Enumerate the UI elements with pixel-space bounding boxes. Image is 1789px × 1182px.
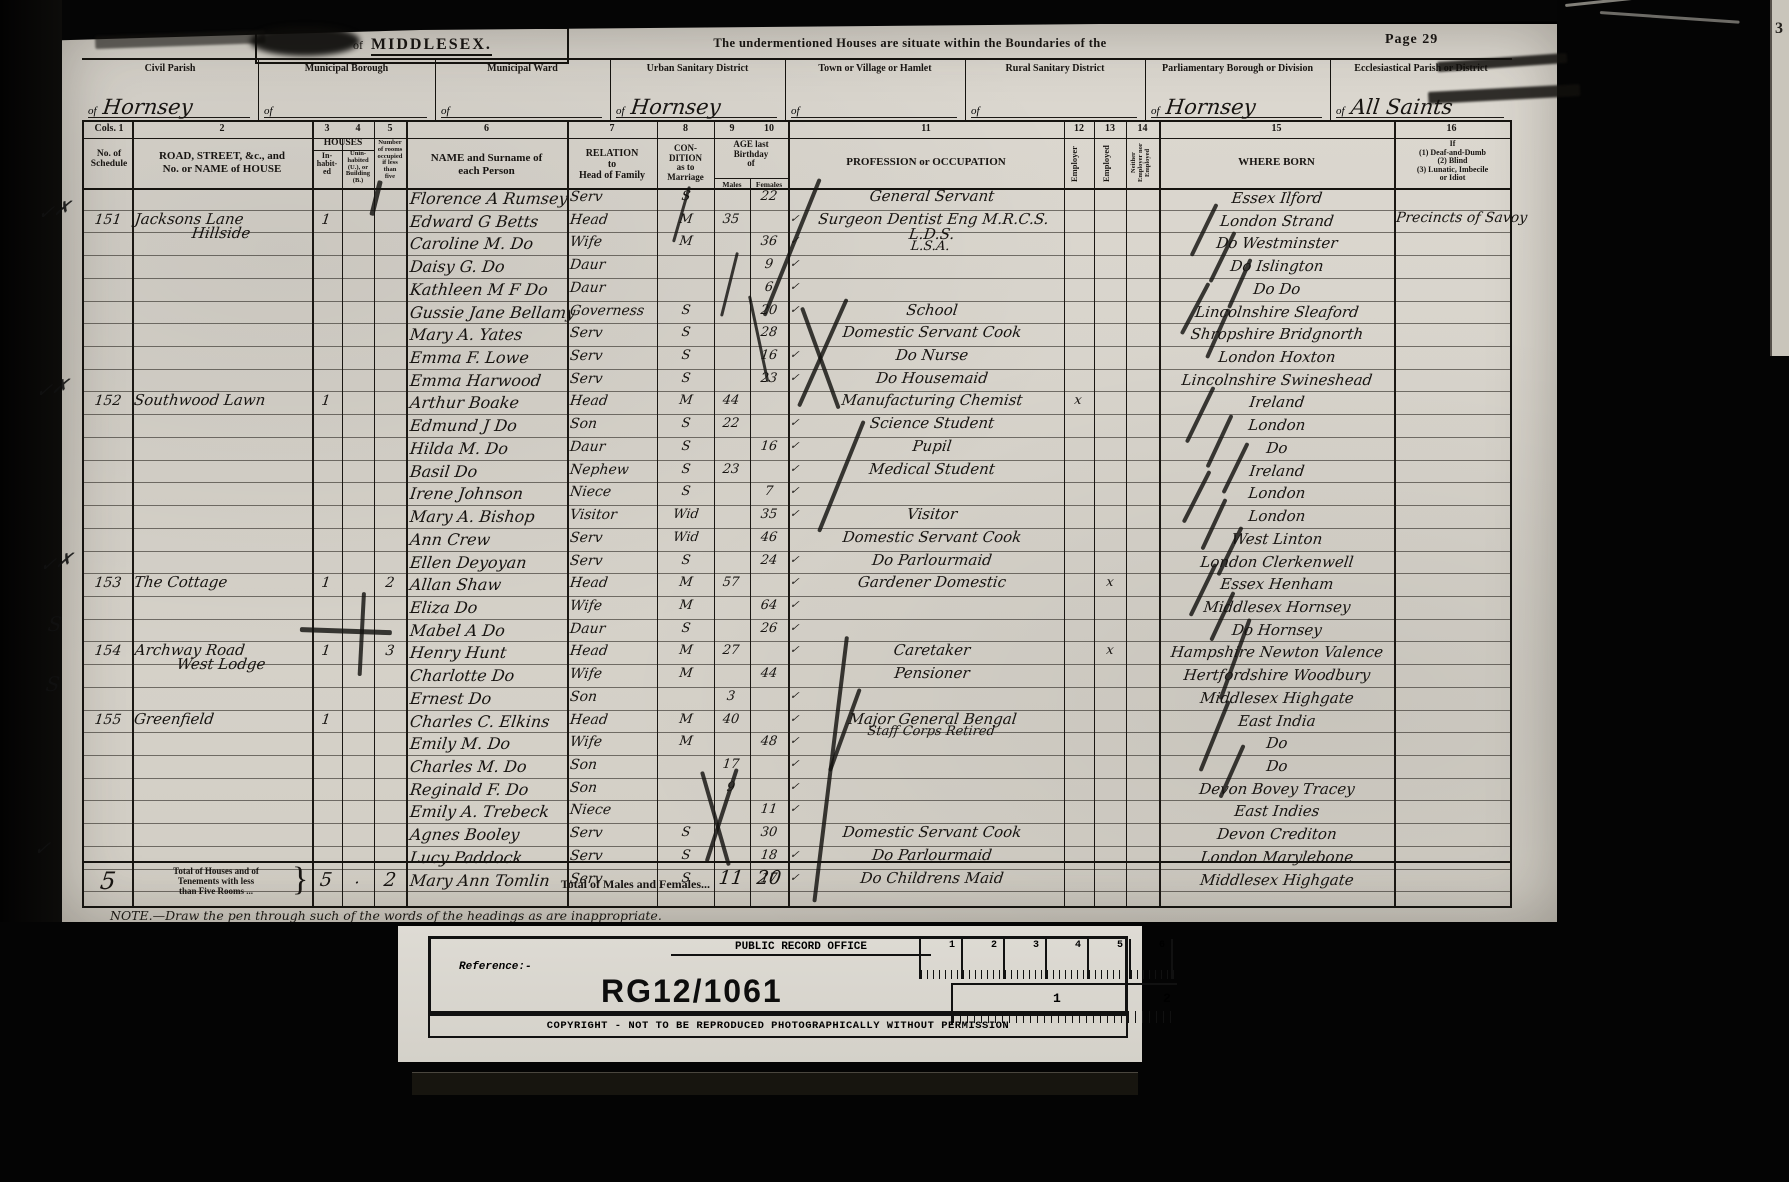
birthplace: Middlesex Hornsey <box>1161 598 1393 616</box>
birthplace: London <box>1161 416 1393 434</box>
marital-condition: S <box>659 825 713 840</box>
person-name: Emma F. Lowe <box>409 348 569 367</box>
address-cell: Southwood Lawn <box>133 393 311 408</box>
relation-to-head: Son <box>569 780 656 796</box>
check-tick: ✓ <box>789 257 807 270</box>
check-tick: ✓ <box>789 234 807 247</box>
person-name: Eliza Do <box>409 598 569 617</box>
table-row: Ernest Do Son 3 ✓ Middlesex Highgate <box>84 688 1510 711</box>
district-town-village: Town or Village or Hamlet of <box>785 60 966 122</box>
marital-condition: S <box>659 621 713 636</box>
birthplace: Hertfordshire Woodbury <box>1161 666 1393 684</box>
table-row: Eliza Do Wife M 64 ✓ Middlesex Hornsey <box>84 597 1510 620</box>
relation-to-head: Serv <box>569 553 656 569</box>
age-female: 22 <box>751 189 787 204</box>
relation-to-head: Head <box>569 575 656 591</box>
header-condition: CON- DITION as to Marriage <box>657 144 714 182</box>
header-employed: Employed <box>1102 142 1120 186</box>
person-name: Charles C. Elkins <box>409 712 569 731</box>
occupation-cell: Domestic Servant Cook <box>805 530 1059 545</box>
marital-condition: S <box>659 439 713 454</box>
relation-to-head: Wife <box>569 598 656 614</box>
relation-to-head: Niece <box>569 802 656 818</box>
birthplace: Do <box>1161 439 1393 457</box>
header-profession: PROFESSION or OCCUPATION <box>788 158 1064 168</box>
person-name: Agnes Booley <box>409 825 569 844</box>
table-row: Hilda M. Do Daur S 16 ✓ Pupil Do <box>84 438 1510 461</box>
check-tick: ✓ <box>789 848 807 861</box>
table-row: Caroline M. Do Wife M 36 ✓ Do Westminste… <box>84 233 1510 256</box>
header-employer: Employer <box>1070 142 1088 186</box>
inhabited-mark: 1 <box>311 393 341 409</box>
header-neither: Neither Employer nor Employed <box>1130 140 1156 186</box>
age-male: 17 <box>713 757 749 772</box>
brace-glyph: } <box>292 861 308 899</box>
pro-reference-label: Reference:- <box>459 961 532 973</box>
birthplace: Essex Henham <box>1161 575 1393 593</box>
marital-condition: S <box>659 303 713 318</box>
age-male: 35 <box>713 212 749 227</box>
relation-to-head: Son <box>569 757 656 773</box>
age-female: 46 <box>751 530 787 545</box>
marital-condition: S <box>659 462 713 477</box>
ecclesiastical-value: All Saints <box>1349 97 1453 117</box>
table-rows: Florence A Rumsey Serv S 22 General Serv… <box>84 188 1510 892</box>
employed-mark: x <box>1095 643 1125 658</box>
total-inhabited: 5 <box>311 869 342 891</box>
table-row: 151 Jacksons LaneHillside 1 Edward G Bet… <box>84 211 1510 234</box>
check-tick: ✓ <box>789 780 807 793</box>
birthplace: Shropshire Bridgnorth <box>1161 325 1393 343</box>
employed-mark: x <box>1095 575 1125 590</box>
relation-to-head: Head <box>569 212 656 228</box>
age-male: 9 <box>713 780 749 795</box>
adjacent-page-sliver: 3 <box>1770 0 1789 356</box>
check-tick: ✓ <box>789 712 807 725</box>
age-male: 3 <box>713 689 749 704</box>
birthplace: Hampshire Newton Valence <box>1161 643 1393 661</box>
table-row: Daisy G. Do Daur 9 ✓ Do Islington <box>84 256 1510 279</box>
age-female: 64 <box>751 598 787 613</box>
occupation-cell: Gardener Domestic <box>805 575 1059 590</box>
occupation-cell: Manufacturing Chemist <box>805 393 1059 408</box>
ruler-scale-cm: 1 2 3 4 5 6 <box>919 939 1177 979</box>
person-name: Kathleen M F Do <box>409 280 569 299</box>
marital-condition: M <box>659 234 713 249</box>
check-tick: ✓ <box>789 212 807 225</box>
next-page-edge <box>412 1072 1138 1095</box>
header-name: NAME and Surname of each Person <box>406 152 567 178</box>
county-prefix: of <box>353 38 363 53</box>
marital-condition: S <box>659 189 713 204</box>
check-tick: ✓ <box>789 416 807 429</box>
district-municipal-ward: Municipal Ward of <box>435 60 611 122</box>
occupation-cell: Domestic Servant Cook <box>805 325 1059 340</box>
table-row: Emily A. Trebeck Niece 11 ✓ East Indies <box>84 801 1510 824</box>
parliamentary-value: Hornsey <box>1164 97 1256 117</box>
occupation-cell: Pupil <box>805 439 1059 454</box>
birthplace: London Strand <box>1161 212 1393 230</box>
header-road: ROAD, STREET, &c., and No. or NAME of HO… <box>132 150 312 176</box>
age-male: 40 <box>713 712 749 727</box>
boundary-statement: The undermentioned Houses are situate wi… <box>600 36 1220 51</box>
table-row: Charles M. Do Son 17 ✓ Do <box>84 756 1510 779</box>
pro-office-title: PUBLIC RECORD OFFICE <box>671 941 931 956</box>
rooms-count: 2 <box>375 575 405 591</box>
age-female: 44 <box>751 666 787 681</box>
person-name: Edward G Betts <box>409 212 569 231</box>
marital-condition: M <box>659 393 713 408</box>
age-male: 27 <box>713 643 749 658</box>
person-name: Henry Hunt <box>409 643 569 662</box>
age-female: 26 <box>751 621 787 636</box>
marital-condition: S <box>659 371 713 386</box>
birthplace: West Linton <box>1161 530 1393 548</box>
employer-mark: x <box>1063 393 1093 408</box>
table-row: Florence A Rumsey Serv S 22 General Serv… <box>84 188 1510 211</box>
total-males-females-label: Total of Males and Females... <box>414 877 710 892</box>
marital-condition: S <box>659 416 713 431</box>
rooms-count: 3 <box>375 643 405 659</box>
age-female: 23 <box>751 371 787 386</box>
age-female: 6 <box>751 280 787 295</box>
birthplace: Ireland <box>1161 462 1393 480</box>
pro-copyright-line: COPYRIGHT - NOT TO BE REPRODUCED PHOTOGR… <box>428 1014 1128 1038</box>
table-row: Irene Johnson Niece S 7 ✓ London <box>84 483 1510 506</box>
relation-to-head: Daur <box>569 257 656 273</box>
age-female: 30 <box>751 825 787 840</box>
infirmity-note: Precincts of Savoy <box>1395 212 1567 225</box>
age-female: 24 <box>751 553 787 568</box>
header-infirmities: If (1) Deaf-and-Dumb (2) Blind (3) Lunat… <box>1396 140 1509 183</box>
age-male: 22 <box>713 416 749 431</box>
check-tick: ✓ <box>789 802 807 815</box>
age-male: 23 <box>713 462 749 477</box>
address-cell: The Cottage <box>133 575 311 590</box>
marital-condition: M <box>659 734 713 749</box>
marital-condition: M <box>659 712 713 727</box>
total-males: 11 <box>713 867 750 889</box>
total-rooms: 2 <box>375 869 406 891</box>
check-tick: ✓ <box>789 575 807 588</box>
birthplace: Do Islington <box>1161 257 1393 275</box>
column-headers-row: No. of Schedule ROAD, STREET, &c., and N… <box>84 138 1510 190</box>
header-where-born: WHERE BORN <box>1159 158 1394 168</box>
relation-to-head: Serv <box>569 348 656 364</box>
inhabited-mark: 1 <box>311 575 341 591</box>
district-parliamentary: Parliamentary Borough or Division ofHorn… <box>1145 60 1331 122</box>
address-cell: Greenfield <box>133 712 311 727</box>
check-tick: ✓ <box>789 507 807 520</box>
birthplace: Lincolnshire Sleaford <box>1161 303 1393 321</box>
check-tick: ✓ <box>789 598 807 611</box>
check-tick: ✓ <box>789 280 807 293</box>
birthplace: East India <box>1161 712 1393 730</box>
marital-condition: M <box>659 666 713 681</box>
table-row: Gussie Jane Bellamy Governess S 20 ✓ Sch… <box>84 302 1510 325</box>
person-name: Emily A. Trebeck <box>409 802 569 821</box>
relation-to-head: Niece <box>569 484 656 500</box>
birthplace: Do Hornsey <box>1161 621 1393 639</box>
birthplace: London Hoxton <box>1161 348 1393 366</box>
occupation-cell: School <box>805 303 1059 318</box>
header-rooms: Number of rooms occupied if less than fi… <box>374 140 406 181</box>
age-female: 28 <box>751 325 787 340</box>
civil-parish-value: Hornsey <box>101 97 193 117</box>
check-tick: ✓ <box>789 484 807 497</box>
birthplace: Devon Crediton <box>1161 825 1393 843</box>
schedule-number: 151 <box>85 212 131 228</box>
occupation-cell: Visitor <box>805 507 1059 522</box>
table-row: Ellen Deyoyan Serv S 24 ✓ Do Parlourmaid… <box>84 552 1510 575</box>
table-row: Basil Do Nephew S 23 ✓ Medical Student I… <box>84 461 1510 484</box>
birthplace: Do <box>1161 734 1393 752</box>
marital-condition: M <box>659 212 713 227</box>
check-tick: ✓ <box>789 439 807 452</box>
inhabited-mark: 1 <box>311 212 341 228</box>
birthplace: Do <box>1161 757 1393 775</box>
census-table: Cols. 1 2 3 4 5 6 7 8 9 10 11 12 13 14 1… <box>82 120 1512 908</box>
person-name: Mabel A Do <box>409 621 569 640</box>
scan-right-edge <box>1557 0 1789 1182</box>
county-name: MIDDLESEX. <box>371 36 492 56</box>
schedule-number: 153 <box>85 575 131 591</box>
schedule-number: 152 <box>85 393 131 409</box>
person-name: Florence A Rumsey <box>409 189 569 208</box>
age-female: 7 <box>751 484 787 499</box>
relation-to-head: Son <box>569 416 656 432</box>
occupation-cell: Caretaker <box>805 643 1059 658</box>
person-name: Ernest Do <box>409 689 569 708</box>
table-row: Emma F. Lowe Serv S 16 ✓ Do Nurse London… <box>84 347 1510 370</box>
census-scan-page: { "scan": { "county_prefix": "of", "coun… <box>0 0 1789 1182</box>
birthplace: Lincolnshire Swineshead <box>1161 371 1393 389</box>
person-name: Arthur Boake <box>409 393 569 412</box>
marital-condition: M <box>659 575 713 590</box>
marital-condition: Wid <box>659 507 713 522</box>
footer-note: NOTE.—Draw the pen through such of the w… <box>110 908 662 923</box>
person-name: Gussie Jane Bellamy <box>409 303 569 322</box>
marital-condition: S <box>659 325 713 340</box>
urban-sanitary-value: Hornsey <box>629 97 721 117</box>
occupation-cell: General Servant <box>805 189 1059 204</box>
occupation-cell: Do Nurse <box>805 348 1059 363</box>
birthplace: London <box>1161 484 1393 502</box>
header-schedule: No. of Schedule <box>86 150 132 169</box>
relation-to-head: Serv <box>569 825 656 841</box>
district-urban-sanitary: Urban Sanitary District ofHornsey <box>610 60 786 122</box>
age-female: 20 <box>751 303 787 318</box>
person-name: Emily M. Do <box>409 734 569 753</box>
table-row: 155 Greenfield 1 Charles C. Elkins Head … <box>84 711 1510 734</box>
birthplace: London Clerkenwell <box>1161 553 1393 571</box>
header-relation: RELATION to Head of Family <box>567 148 657 181</box>
relation-to-head: Nephew <box>569 462 656 478</box>
relation-to-head: Serv <box>569 530 656 546</box>
marital-condition: S <box>659 553 713 568</box>
table-row: Mary A. Yates Serv S 28 Domestic Servant… <box>84 324 1510 347</box>
table-row: 152 Southwood Lawn 1 Arthur Boake Head M… <box>84 392 1510 415</box>
total-uninhabited: · <box>341 873 373 892</box>
birthplace: East Indies <box>1161 802 1393 820</box>
birthplace: Essex Ilford <box>1161 189 1393 207</box>
district-civil-parish: Civil Parish ofHornsey <box>82 60 259 122</box>
person-name: Allan Shaw <box>409 575 569 594</box>
birthplace: Do Westminster <box>1161 234 1393 252</box>
marital-condition: S <box>659 348 713 363</box>
person-name: Ann Crew <box>409 530 569 549</box>
table-row: Ann Crew Serv Wid 46 Domestic Servant Co… <box>84 529 1510 552</box>
check-tick: ✓ <box>789 757 807 770</box>
person-name: Caroline M. Do <box>409 234 569 253</box>
pro-reference-box: PUBLIC RECORD OFFICE Reference:- RG12/10… <box>428 936 1128 1014</box>
inhabited-mark: 1 <box>311 643 341 659</box>
pro-reference-number: RG12/1061 <box>601 973 783 1010</box>
person-name: Irene Johnson <box>409 484 569 503</box>
person-name: Mary A. Yates <box>409 325 569 344</box>
person-name: Hilda M. Do <box>409 439 569 458</box>
age-female: 48 <box>751 734 787 749</box>
age-female: 35 <box>751 507 787 522</box>
totals-row: 5 Total of Houses and of Tenements with … <box>84 861 1510 909</box>
age-female: 16 <box>751 348 787 363</box>
relation-to-head: Governess <box>569 303 656 319</box>
total-houses-label: Total of Houses and of Tenements with le… <box>136 866 296 896</box>
check-tick: ✓ <box>789 621 807 634</box>
page-number: Page 29 <box>1385 32 1438 48</box>
occupation-cell: Science Student <box>805 416 1059 431</box>
relation-to-head: Serv <box>569 189 656 205</box>
birthplace: Devon Bovey Tracey <box>1161 780 1393 798</box>
check-tick: ✓ <box>789 643 807 656</box>
birthplace: Do Do <box>1161 280 1393 298</box>
district-ecclesiastical: Ecclesiastical Parish or District ofAll … <box>1330 60 1512 122</box>
person-name: Basil Do <box>409 462 569 481</box>
person-name: Ellen Deyoyan <box>409 553 569 572</box>
header-uninhabited: Unin- habited (U.), or Building (B.) <box>342 151 374 185</box>
person-name: Charles M. Do <box>409 757 569 776</box>
inhabited-mark: 1 <box>311 712 341 728</box>
column-numbers-row: Cols. 1 2 3 4 5 6 7 8 9 10 11 12 13 14 1… <box>84 122 1510 139</box>
table-row: Agnes Booley Serv S 30 Domestic Servant … <box>84 824 1510 847</box>
relation-to-head: Serv <box>569 325 656 341</box>
occupation-cell: Medical Student <box>805 462 1059 477</box>
table-row: 154 Archway RoadWest Lodge 1 3 Henry Hun… <box>84 642 1510 665</box>
relation-to-head: Daur <box>569 439 656 455</box>
age-female: 11 <box>751 802 787 817</box>
person-name: Daisy G. Do <box>409 257 569 276</box>
relation-to-head: Daur <box>569 280 656 296</box>
header-age-group: AGE last Birthday of <box>714 140 788 169</box>
occupation-cell: Do Parlourmaid <box>805 553 1059 568</box>
relation-to-head: Serv <box>569 371 656 387</box>
relation-to-head: Wife <box>569 734 656 750</box>
relation-to-head: Son <box>569 689 656 705</box>
marital-condition: M <box>659 643 713 658</box>
check-tick: ✓ <box>789 553 807 566</box>
schedule-number: 154 <box>85 643 131 659</box>
age-female: 36 <box>751 234 787 249</box>
marital-condition: M <box>659 598 713 613</box>
person-name: Charlotte Do <box>409 666 569 685</box>
relation-to-head: Daur <box>569 621 656 637</box>
table-row: Mary A. Bishop Visitor Wid 35 ✓ Visitor … <box>84 506 1510 529</box>
age-male: 44 <box>713 393 749 408</box>
table-row: Kathleen M F Do Daur 6 ✓ Do Do <box>84 279 1510 302</box>
schedule-number: 155 <box>85 712 131 728</box>
birthplace: Ireland <box>1161 393 1393 411</box>
relation-to-head: Head <box>569 712 656 728</box>
check-tick: ✓ <box>789 371 807 384</box>
check-tick: ✓ <box>789 462 807 475</box>
occupation-cell: Domestic Servant Cook <box>805 825 1059 840</box>
table-row: Emily M. Do Wife M 48 ✓ Do <box>84 733 1510 756</box>
district-rural-sanitary: Rural Sanitary District of <box>965 60 1146 122</box>
table-row: Emma Harwood Serv S 23 ✓ Do Housemaid Li… <box>84 370 1510 393</box>
check-tick: ✓ <box>789 303 807 316</box>
table-row: Reginald F. Do Son 9 ✓ Devon Bovey Trace… <box>84 779 1510 802</box>
age-male: 57 <box>713 575 749 590</box>
check-tick: ✓ <box>789 348 807 361</box>
relation-to-head: Visitor <box>569 507 656 523</box>
table-row: Mabel A Do Daur S 26 ✓ Do Hornsey <box>84 620 1510 643</box>
person-name: Emma Harwood <box>409 371 569 390</box>
relation-to-head: Head <box>569 643 656 659</box>
relation-to-head: Head <box>569 393 656 409</box>
pro-reference-strip: PUBLIC RECORD OFFICE Reference:- RG12/10… <box>398 926 1142 1062</box>
age-female: 9 <box>751 257 787 272</box>
district-header-band: Civil Parish ofHornsey Municipal Borough… <box>82 58 1512 122</box>
birthplace: Middlesex Highgate <box>1161 689 1393 707</box>
header-houses-group: HOUSES <box>312 139 374 151</box>
adjacent-page-digit: 3 <box>1775 20 1783 38</box>
occupation-cell: Do Housemaid <box>805 371 1059 386</box>
relation-to-head: Wife <box>569 234 656 250</box>
district-municipal-borough: Municipal Borough of <box>258 60 436 122</box>
check-tick: ✓ <box>789 734 807 747</box>
relation-to-head: Wife <box>569 666 656 682</box>
person-name: Edmund J Do <box>409 416 569 435</box>
marital-condition: Wid <box>659 530 713 545</box>
marital-condition: S <box>659 484 713 499</box>
total-females: 20 <box>751 867 788 889</box>
total-schedules: 5 <box>84 867 131 895</box>
header-inhabited: In- habit- ed <box>312 152 342 176</box>
age-female: 16 <box>751 439 787 454</box>
birthplace: London <box>1161 507 1393 525</box>
table-row: Edmund J Do Son S 22 ✓ Science Student L… <box>84 415 1510 438</box>
table-row: 153 The Cottage 1 2 Allan Shaw Head M 57… <box>84 574 1510 597</box>
occupation-cell: Pensioner <box>805 666 1059 681</box>
person-name: Reginald F. Do <box>409 780 569 799</box>
person-name: Mary A. Bishop <box>409 507 569 526</box>
table-row: Charlotte Do Wife M 44 Pensioner Hertfor… <box>84 665 1510 688</box>
check-tick: ✓ <box>789 689 807 702</box>
